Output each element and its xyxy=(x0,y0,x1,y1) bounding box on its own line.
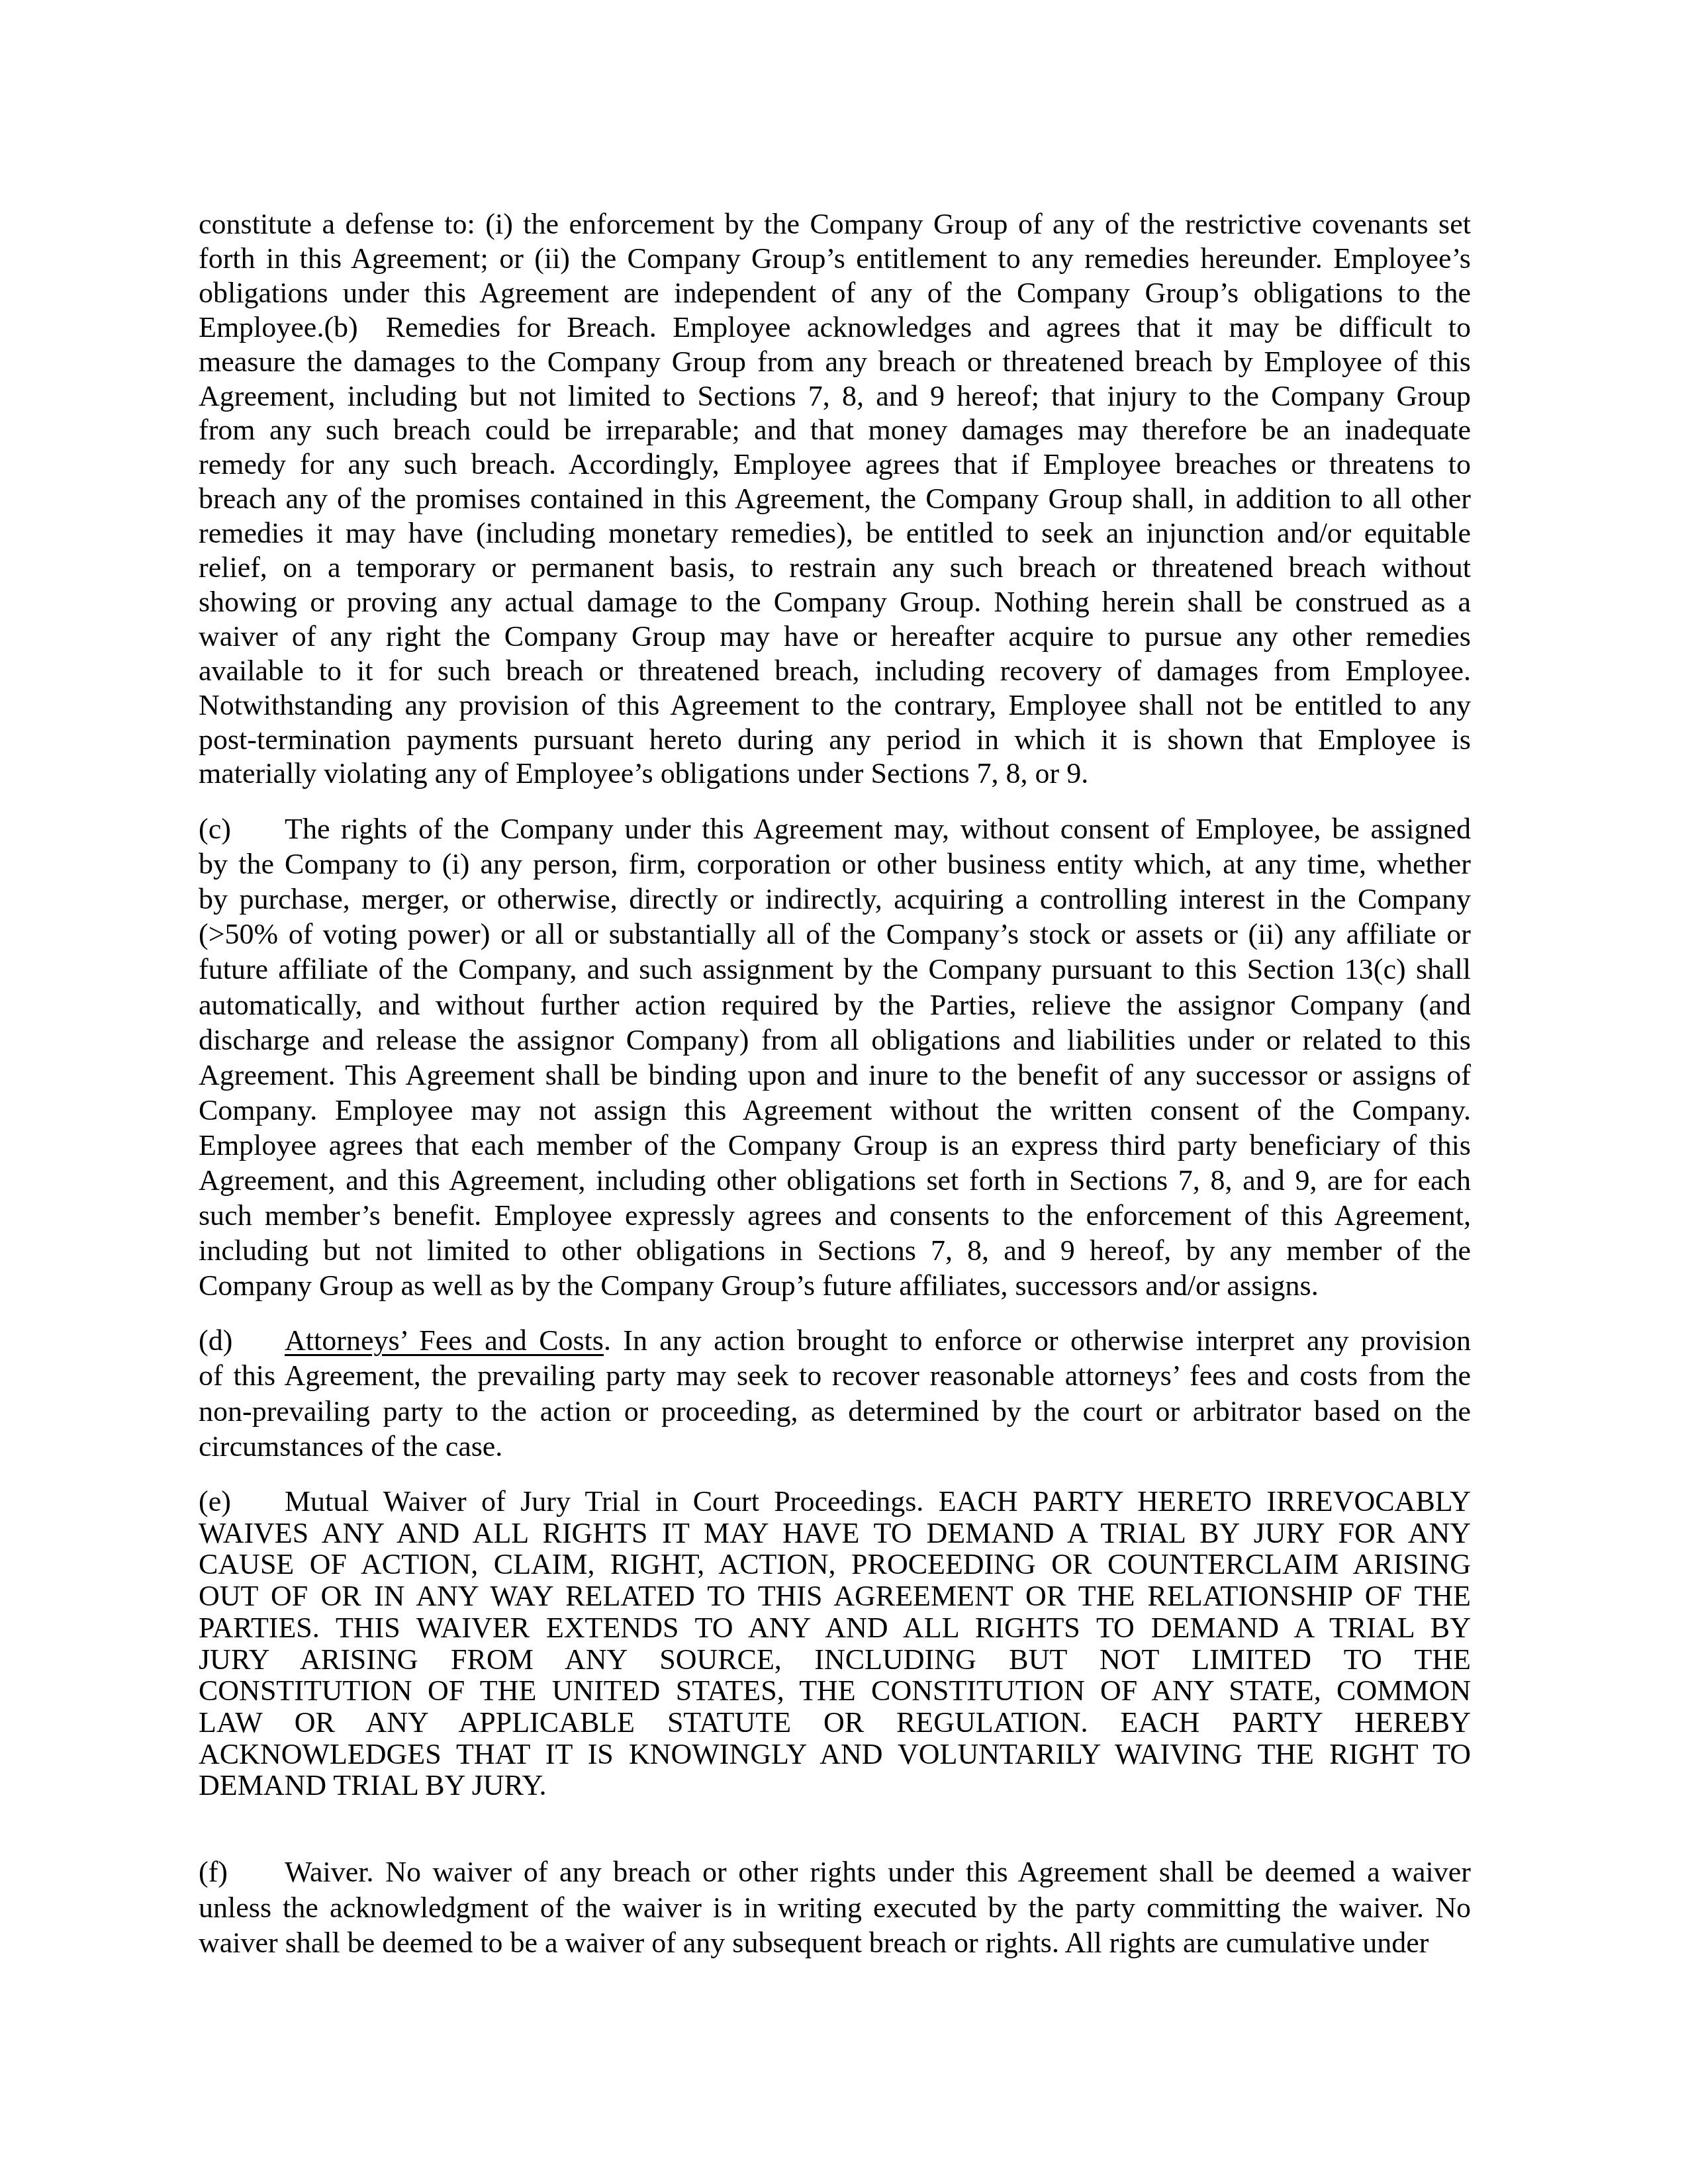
text-line: (e)Mutual Waiver of Jury Trial in Court … xyxy=(199,1484,1471,1519)
text-line: waiver shall be deemed to be a waiver of… xyxy=(199,1926,1471,1960)
text-line: LAW OR ANY APPLICABLE STATUTE OR REGULAT… xyxy=(199,1706,1471,1740)
text-line: forth in this Agreement; or (ii) the Com… xyxy=(199,242,1471,276)
text-line: (d)Attorneys’ Fees and Costs. In any act… xyxy=(199,1324,1471,1358)
text-line: Agreement, and this Agreement, including… xyxy=(199,1163,1471,1198)
text-line: ACKNOWLEDGES THAT IT IS KNOWINGLY AND VO… xyxy=(199,1737,1471,1772)
text-line: (>50% of voting power) or all or substan… xyxy=(199,917,1471,952)
section-label: (f) xyxy=(199,1855,285,1889)
text-line: circumstances of the case. xyxy=(199,1430,1471,1464)
text-run: The rights of the Company under this Agr… xyxy=(285,813,1471,845)
text-line: available to it for such breach or threa… xyxy=(199,654,1471,688)
document-page: constitute a defense to: (i) the enforce… xyxy=(0,0,1688,2184)
text-run: Mutual Waiver of Jury Trial in Court Pro… xyxy=(285,1485,1471,1518)
text-line: Notwithstanding any provision of this Ag… xyxy=(199,688,1471,723)
text-line: Employee.(b)Remedies for Breach. Employe… xyxy=(199,310,1471,345)
text-line: materially violating any of Employee’s o… xyxy=(199,756,1471,791)
text-line: JURY ARISING FROM ANY SOURCE, INCLUDING … xyxy=(199,1643,1471,1677)
section-label: (c) xyxy=(199,812,285,846)
text-line: obligations under this Agreement are ind… xyxy=(199,276,1471,310)
text-line: waiver of any right the Company Group ma… xyxy=(199,619,1471,654)
text-line: showing or proving any actual damage to … xyxy=(199,585,1471,619)
text-line: from any such breach could be irreparabl… xyxy=(199,413,1471,447)
text-line: OUT OF OR IN ANY WAY RELATED TO THIS AGR… xyxy=(199,1579,1471,1614)
text-run: Waiver. No waiver of any breach or other… xyxy=(285,1856,1471,1888)
text-line: Agreement, including but not limited to … xyxy=(199,379,1471,414)
text-line: including but not limited to other oblig… xyxy=(199,1234,1471,1268)
text-line: future affiliate of the Company, and suc… xyxy=(199,952,1471,987)
text-line: non-prevailing party to the action or pr… xyxy=(199,1394,1471,1429)
text-line: automatically, and without further actio… xyxy=(199,988,1471,1023)
text-line: unless the acknowledgment of the waiver … xyxy=(199,1891,1471,1925)
text-line: breach any of the promises contained in … xyxy=(199,482,1471,516)
text-line: such member’s benefit. Employee expressl… xyxy=(199,1199,1471,1233)
text-line: post-termination payments pursuant heret… xyxy=(199,723,1471,757)
text-line: remedy for any such breach. Accordingly,… xyxy=(199,447,1471,482)
text-line: constitute a defense to: (i) the enforce… xyxy=(199,207,1471,242)
text-line: (f)Waiver. No waiver of any breach or ot… xyxy=(199,1855,1471,1889)
text-line: remedies it may have (including monetary… xyxy=(199,516,1471,551)
text-line: CAUSE OF ACTION, CLAIM, RIGHT, ACTION, P… xyxy=(199,1547,1471,1582)
text-line: (c)The rights of the Company under this … xyxy=(199,812,1471,846)
text-line: of this Agreement, the prevailing party … xyxy=(199,1359,1471,1393)
text-line: relief, on a temporary or permanent basi… xyxy=(199,551,1471,585)
text-line: WAIVES ANY AND ALL RIGHTS IT MAY HAVE TO… xyxy=(199,1516,1471,1551)
text-line: discharge and release the assignor Compa… xyxy=(199,1023,1471,1058)
text-run: Remedies for Breach. Employee acknowledg… xyxy=(386,311,1471,343)
text-line: measure the damages to the Company Group… xyxy=(199,345,1471,379)
text-line: DEMAND TRIAL BY JURY. xyxy=(199,1768,1471,1803)
text-line: PARTIES. THIS WAIVER EXTENDS TO ANY AND … xyxy=(199,1611,1471,1645)
section-label: (e) xyxy=(199,1484,285,1519)
text-run: Employee.(b) xyxy=(199,311,358,343)
section-heading: Attorneys’ Fees and Costs xyxy=(285,1324,604,1357)
text-line: by the Company to (i) any person, firm, … xyxy=(199,847,1471,882)
section-label: (d) xyxy=(199,1324,285,1358)
text-line: Company Group as well as by the Company … xyxy=(199,1269,1471,1303)
text-run: . In any action brought to enforce or ot… xyxy=(604,1324,1471,1357)
text-line: Company. Employee may not assign this Ag… xyxy=(199,1093,1471,1128)
text-line: CONSTITUTION OF THE UNITED STATES, THE C… xyxy=(199,1674,1471,1708)
text-line: Agreement. This Agreement shall be bindi… xyxy=(199,1058,1471,1093)
text-line: by purchase, merger, or otherwise, direc… xyxy=(199,882,1471,917)
text-line: Employee agrees that each member of the … xyxy=(199,1128,1471,1163)
